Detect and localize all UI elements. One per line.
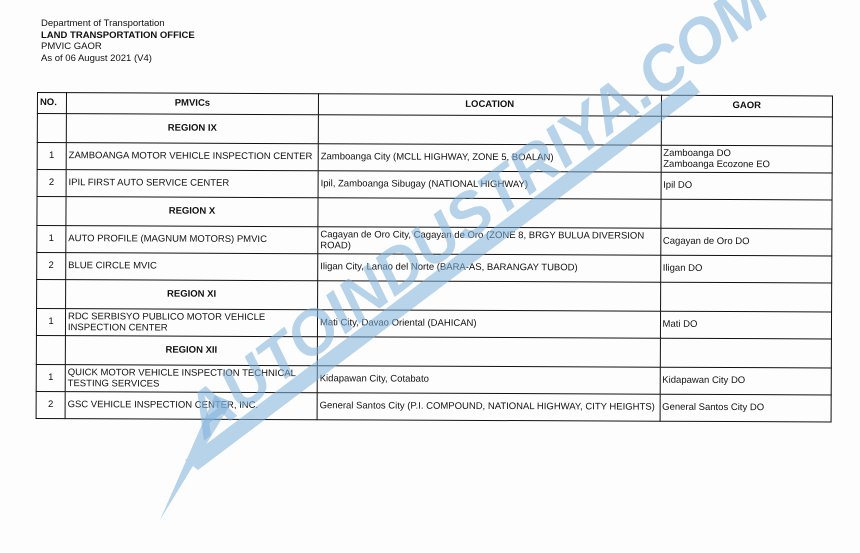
gaor-office: Mati DO	[663, 319, 829, 331]
gaor-office: Kidapawan City DO	[662, 375, 828, 387]
gaor-cell: Cagayan de Oro DO	[660, 228, 832, 256]
region-gaor-cell	[661, 116, 833, 146]
pmvic-name: AUTO PROFILE (MAGNUM MOTORS) PMVIC	[66, 226, 318, 254]
pmvic-location: General Santos City (P.I. COMPOUND, NATI…	[317, 393, 660, 421]
row-number: 1	[36, 309, 65, 336]
row-number: 1	[36, 364, 65, 391]
gaor-cell: Mati DO	[660, 311, 832, 339]
gaor-cell: Zamboanga DOZamboanga Ecozone EO	[661, 145, 833, 173]
gaor-office: General Santos City DO	[662, 402, 828, 414]
column-header-gaor: GAOR	[661, 95, 833, 117]
gaor-cell: Iligan DO	[660, 255, 832, 283]
department-name: Department of Transportation	[41, 18, 195, 30]
region-location-cell	[318, 198, 661, 228]
pmvic-location: Cagayan de Oro City, Cagayan de Oro (ZON…	[318, 227, 661, 255]
region-no-cell	[37, 280, 66, 309]
table-row: 2GSC VEHICLE INSPECTION CENTER, INC.Gene…	[36, 391, 831, 421]
table-row: 1ZAMBOANGA MOTOR VEHICLE INSPECTION CENT…	[37, 143, 832, 173]
row-number: 2	[37, 253, 66, 280]
gaor-office: Zamboanga Ecozone EO	[663, 159, 829, 171]
gaor-cell: Ipil DO	[661, 172, 833, 200]
region-name: REGION XI	[66, 280, 318, 310]
region-gaor-cell	[660, 199, 832, 229]
gaor-office: Iligan DO	[663, 263, 829, 275]
pmvic-name: ZAMBOANGA MOTOR VEHICLE INSPECTION CENTE…	[66, 143, 318, 171]
region-row: REGION XII	[36, 335, 831, 367]
document-date: As of 06 August 2021 (V4)	[41, 53, 195, 65]
gaor-office: Zamboanga DO	[663, 147, 829, 159]
region-name: REGION IX	[66, 114, 318, 144]
table-row: 2IPIL FIRST AUTO SERVICE CENTERIpil, Zam…	[37, 170, 832, 200]
pmvic-location: Zamboanga City (MCLL HIGHWAY, ZONE 5, BO…	[318, 144, 661, 172]
pmvic-name: QUICK MOTOR VEHICLE INSPECTION TECHNICAL…	[65, 365, 317, 393]
region-name: REGION XII	[65, 336, 317, 366]
pmvic-location: Ipil, Zamboanga Sibugay (NATIONAL HIGHWA…	[318, 171, 661, 199]
row-number: 2	[37, 170, 66, 197]
gaor-office: Cagayan de Oro DO	[663, 236, 829, 248]
region-gaor-cell	[660, 338, 832, 368]
pmvic-name: GSC VEHICLE INSPECTION CENTER, INC.	[65, 392, 317, 420]
pmvic-location: Mati City, Davao Oriental (DAHICAN)	[317, 310, 660, 338]
region-no-cell	[37, 114, 66, 143]
table-row: 2BLUE CIRCLE MVICIligan City, Lanao del …	[37, 253, 832, 283]
table-row: 1QUICK MOTOR VEHICLE INSPECTION TECHNICA…	[36, 364, 831, 394]
region-no-cell	[36, 335, 65, 364]
column-header-no: NO.	[37, 93, 66, 114]
table-row: 1AUTO PROFILE (MAGNUM MOTORS) PMVICCagay…	[37, 226, 832, 256]
pmvic-name: BLUE CIRCLE MVIC	[66, 253, 318, 281]
office-name: LAND TRANSPORTATION OFFICE	[41, 30, 195, 42]
table-row: 1RDC SERBISYO PUBLICO MOTOR VEHICLE INSP…	[36, 309, 831, 339]
gaor-cell: General Santos City DO	[660, 394, 832, 422]
document-subject: PMVIC GAOR	[41, 41, 195, 53]
row-number: 2	[36, 391, 65, 418]
region-row: REGION IX	[37, 114, 832, 146]
region-row: REGION XI	[37, 280, 832, 312]
pmvic-name: RDC SERBISYO PUBLICO MOTOR VEHICLE INSPE…	[65, 309, 317, 337]
row-number: 1	[37, 226, 66, 253]
region-location-cell	[318, 115, 661, 145]
region-location-cell	[318, 281, 661, 311]
row-number: 1	[37, 143, 66, 170]
pmvic-location: Kidapawan City, Cotabato	[317, 366, 660, 394]
table-body: REGION IX1ZAMBOANGA MOTOR VEHICLE INSPEC…	[36, 114, 832, 422]
gaor-office: Ipil DO	[663, 180, 829, 192]
document-header: Department of Transportation LAND TRANSP…	[41, 18, 195, 64]
region-location-cell	[317, 337, 660, 367]
column-header-location: LOCATION	[318, 94, 661, 116]
region-no-cell	[37, 197, 66, 226]
pmvic-name: IPIL FIRST AUTO SERVICE CENTER	[66, 170, 318, 198]
column-header-pmvics: PMVICs	[66, 93, 318, 115]
pmvic-table: NO. PMVICs LOCATION GAOR REGION IX1ZAMBO…	[36, 92, 833, 422]
region-gaor-cell	[660, 282, 832, 312]
gaor-cell: Kidapawan City DO	[660, 367, 832, 395]
pmvic-location: Iligan City, Lanao del Norte (BARA-AS, B…	[318, 254, 661, 282]
region-row: REGION X	[37, 197, 832, 229]
region-name: REGION X	[66, 197, 318, 227]
